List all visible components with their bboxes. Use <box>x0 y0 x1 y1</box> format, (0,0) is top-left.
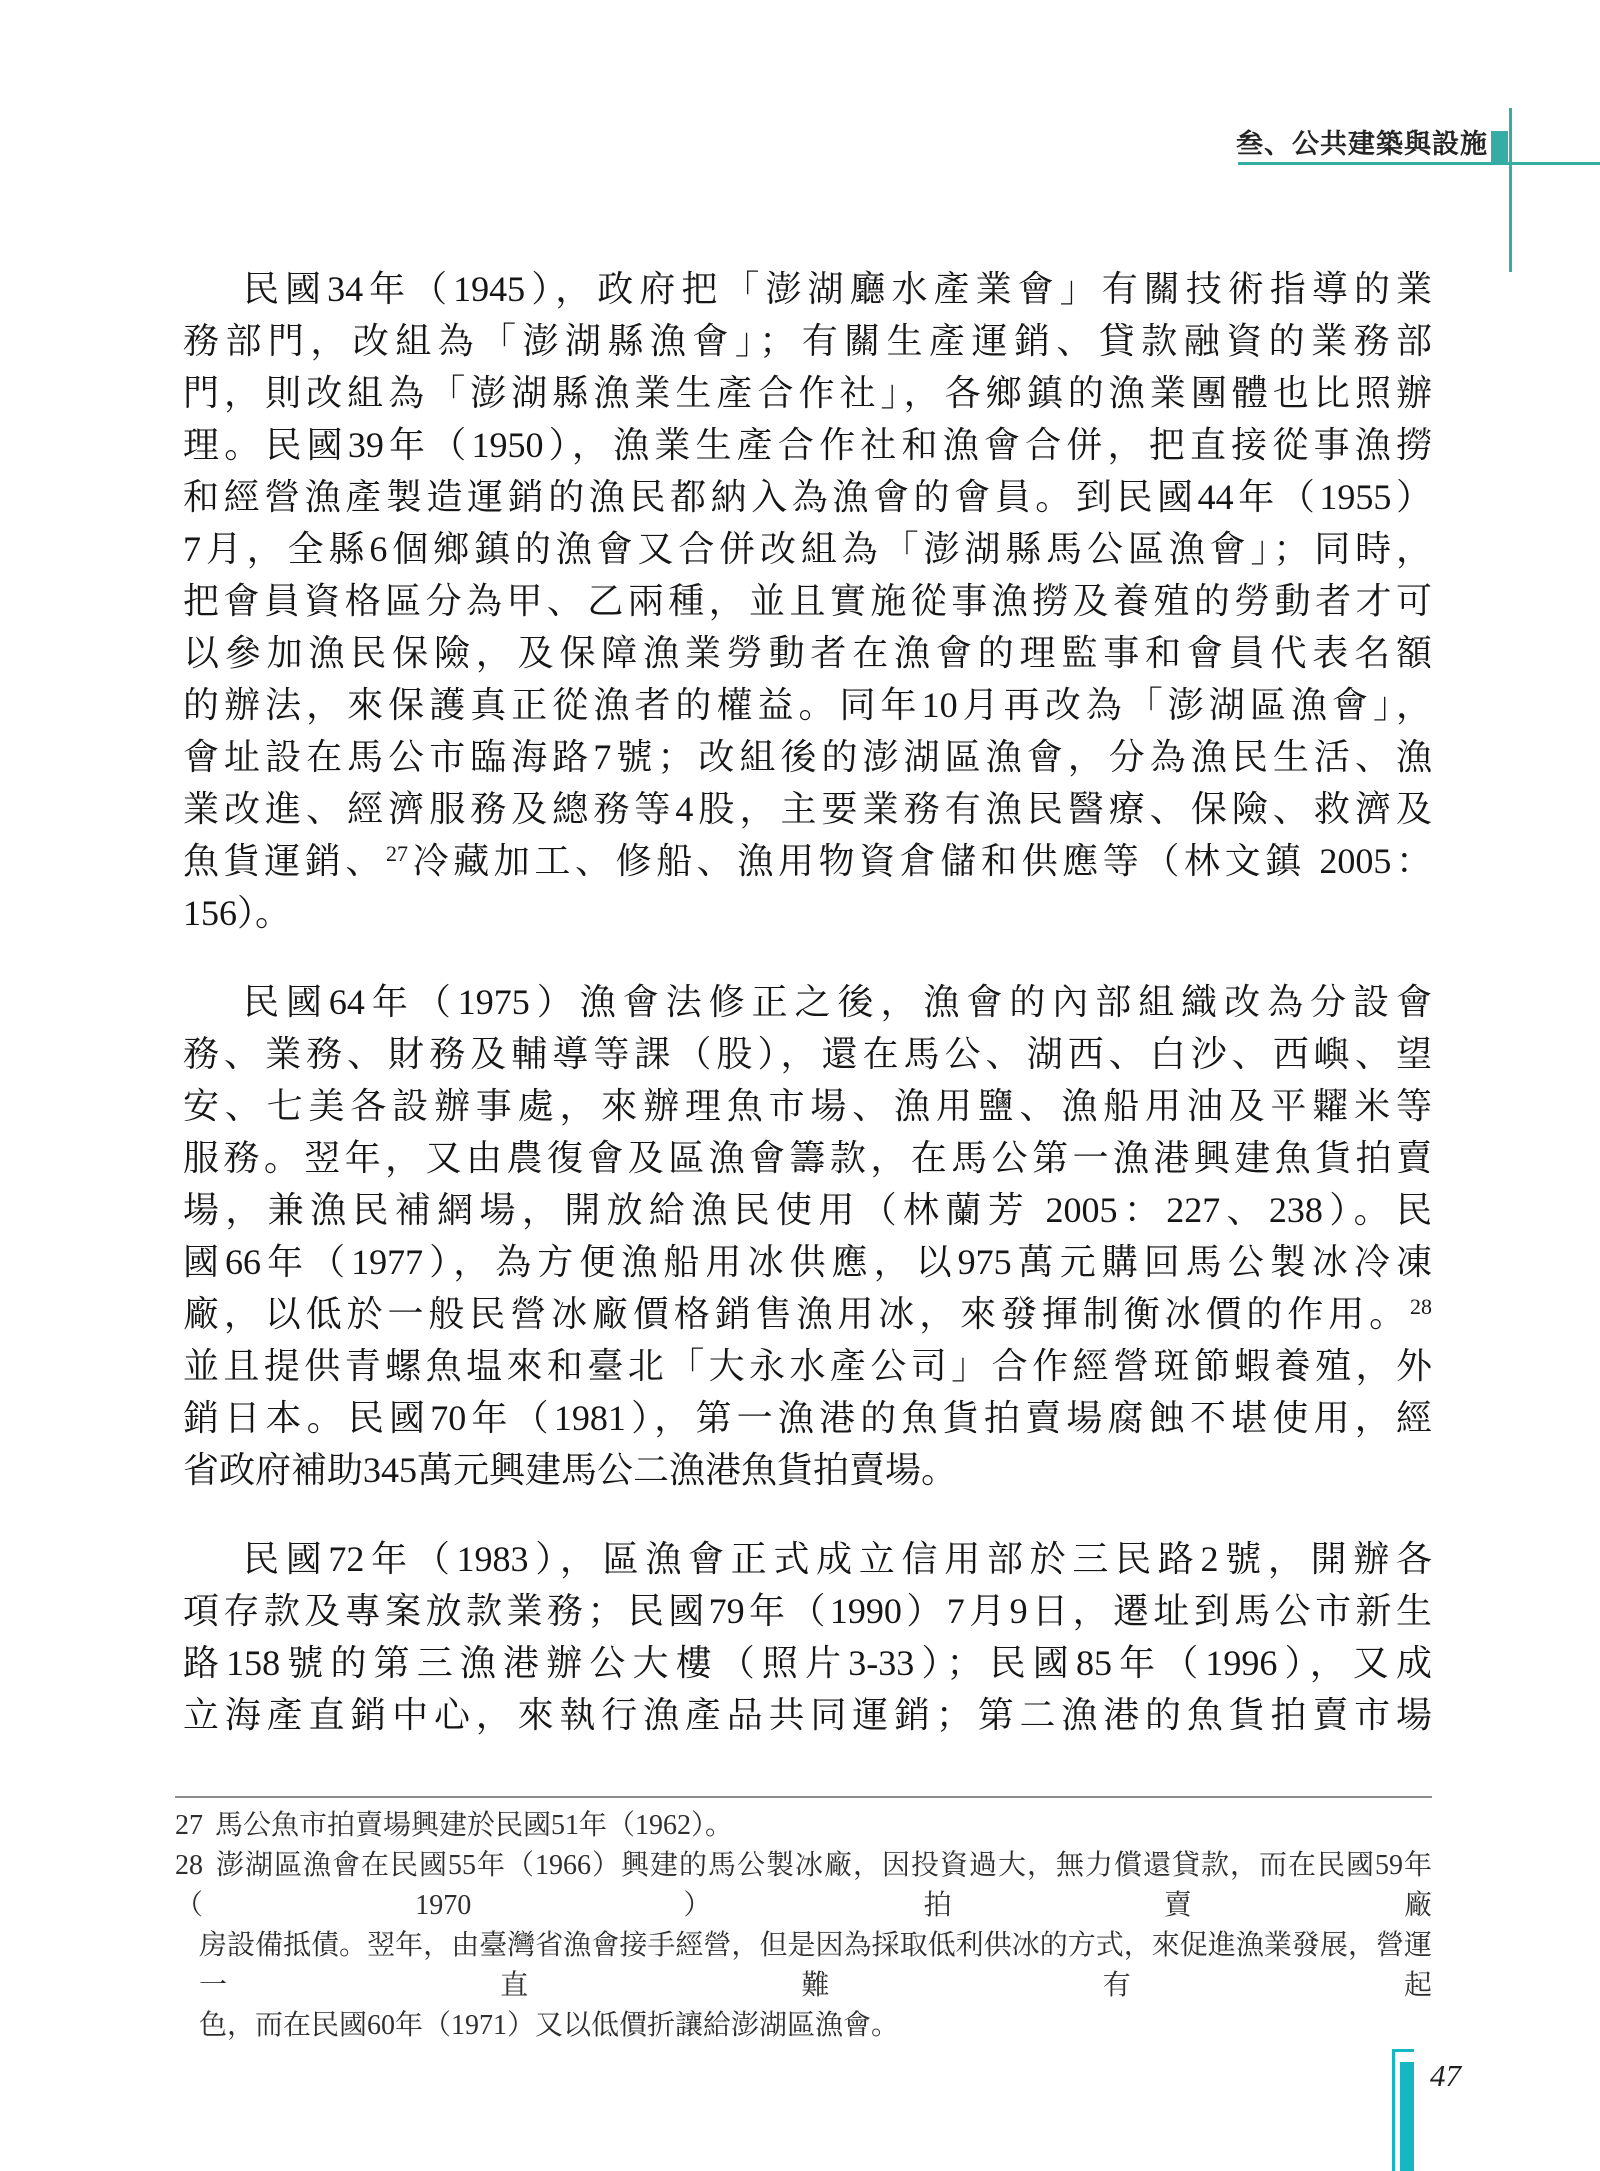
page-number: 47 <box>1430 2058 1461 2094</box>
text-line: 魚貨運銷、27冷藏加工、修船、漁用物資倉儲和供應等（林文鎮 2005： <box>183 835 1432 887</box>
header-horizontal-rule <box>1238 162 1600 165</box>
footnote-line: 27馬公魚市拍賣場興建於民國51年（1962）。 <box>175 1806 1432 1846</box>
footnote-line: 房設備抵債。翌年，由臺灣省漁會接手經營，但是因為採取低利供冰的方式，來促進漁業發… <box>175 1926 1432 2006</box>
text-line: 業改進、經濟服務及總務等4股，主要業務有漁民醫療、保險、救濟及 <box>183 783 1432 835</box>
text-line: 理。民國39年（1950），漁業生產合作社和漁會合併，把直接從事漁撈 <box>183 419 1432 471</box>
text-line: 路158號的第三漁港辦公大樓（照片3-33）；民國85年（1996），又成 <box>183 1637 1432 1689</box>
footnote-line: 28澎湖區漁會在民國55年（1966）興建的馬公製冰廠，因投資過大，無力償還貸款… <box>175 1846 1432 1926</box>
text-line: 服務。翌年，又由農復會及區漁會籌款，在馬公第一漁港興建魚貨拍賣 <box>183 1132 1432 1184</box>
text-line: 務、業務、財務及輔導等課（股），還在馬公、湖西、白沙、西嶼、望 <box>183 1028 1432 1080</box>
footer-accent-top-line <box>1392 2049 1414 2052</box>
footnote-number: 27 <box>175 1810 203 1841</box>
footer-accent-vertical-line <box>1392 2049 1395 2171</box>
chapter-header-title: 叁、公共建築與設施 <box>1236 122 1488 161</box>
text-line: 廠，以低於一般民營冰廠價格銷售漁用冰，來發揮制衡冰價的作用。28 <box>183 1288 1432 1340</box>
text-line: 項存款及專案放款業務；民國79年（1990）7月9日，遷址到馬公市新生 <box>183 1585 1432 1637</box>
paragraph: 民國34年（1945），政府把「澎湖廳水產業會」有關技術指導的業務部門，改組為「… <box>183 263 1432 939</box>
text-line: 會址設在馬公市臨海路7號；改組後的澎湖區漁會，分為漁民生活、漁 <box>183 731 1432 783</box>
footnote-separator-rule <box>175 1796 1432 1798</box>
text-line: 的辦法，來保護真正從漁者的權益。同年10月再改為「澎湖區漁會」， <box>183 679 1432 731</box>
text-line: 以參加漁民保險，及保障漁業勞動者在漁會的理監事和會員代表名額 <box>183 627 1432 679</box>
text-line: 國66年（1977），為方便漁船用冰供應，以975萬元購回馬公製冰冷凍 <box>183 1236 1432 1288</box>
text-line: 把會員資格區分為甲、乙兩種，並且實施從事漁撈及養殖的勞動者才可 <box>183 575 1432 627</box>
text-line: 7月，全縣6個鄉鎮的漁會又合併改組為「澎湖縣馬公區漁會」；同時， <box>183 523 1432 575</box>
text-line: 立海產直銷中心，來執行漁產品共同運銷；第二漁港的魚貨拍賣市場 <box>183 1689 1432 1741</box>
document-page: 叁、公共建築與設施 民國34年（1945），政府把「澎湖廳水產業會」有關技術指導… <box>0 0 1600 2171</box>
text-line: 民國72年（1983），區漁會正式成立信用部於三民路2號，開辦各 <box>183 1533 1432 1585</box>
footnote-number: 28 <box>175 1850 203 1881</box>
text-line: 並且提供青螺魚塭來和臺北「大永水產公司」合作經營斑節蝦養殖，外 <box>183 1340 1432 1392</box>
text-line: 和經營漁產製造運銷的漁民都納入為漁會的會員。到民國44年（1955） <box>183 471 1432 523</box>
text-line: 場，兼漁民補網場，開放給漁民使用（林蘭芳 2005：227、238）。民 <box>183 1184 1432 1236</box>
paragraph: 民國72年（1983），區漁會正式成立信用部於三民路2號，開辦各項存款及專案放款… <box>183 1533 1432 1741</box>
text-line: 銷日本。民國70年（1981），第一漁港的魚貨拍賣場腐蝕不堪使用，經 <box>183 1392 1432 1444</box>
footnote-reference: 28 <box>1410 1294 1432 1319</box>
footnote-line: 色，而在民國60年（1971）又以低價折讓給澎湖區漁會。 <box>175 2006 1432 2046</box>
text-line: 156）。 <box>183 887 1432 939</box>
text-line: 門，則改組為「澎湖縣漁業生產合作社」，各鄉鎮的漁業團體也比照辦 <box>183 367 1432 419</box>
text-line: 安、七美各設辦事處，來辦理魚市場、漁用鹽、漁船用油及平糶米等 <box>183 1080 1432 1132</box>
text-line: 民國64年（1975）漁會法修正之後，漁會的內部組織改為分設會 <box>183 976 1432 1028</box>
text-line: 省政府補助345萬元興建馬公二漁港魚貨拍賣場。 <box>183 1444 1432 1496</box>
footnotes: 27馬公魚市拍賣場興建於民國51年（1962）。28澎湖區漁會在民國55年（19… <box>175 1806 1432 2046</box>
footnote: 28澎湖區漁會在民國55年（1966）興建的馬公製冰廠，因投資過大，無力償還貸款… <box>175 1846 1432 2046</box>
paragraph: 民國64年（1975）漁會法修正之後，漁會的內部組織改為分設會務、業務、財務及輔… <box>183 976 1432 1496</box>
text-line: 民國34年（1945），政府把「澎湖廳水產業會」有關技術指導的業 <box>183 263 1432 315</box>
header-accent-vertical-line <box>1509 108 1512 272</box>
footnote: 27馬公魚市拍賣場興建於民國51年（1962）。 <box>175 1806 1432 1846</box>
text-line: 務部門，改組為「澎湖縣漁會」；有關生產運銷、貸款融資的業務部 <box>183 315 1432 367</box>
footnote-reference: 27 <box>386 841 408 866</box>
footer-accent-bar <box>1400 2062 1414 2171</box>
header-accent-square <box>1491 131 1508 165</box>
